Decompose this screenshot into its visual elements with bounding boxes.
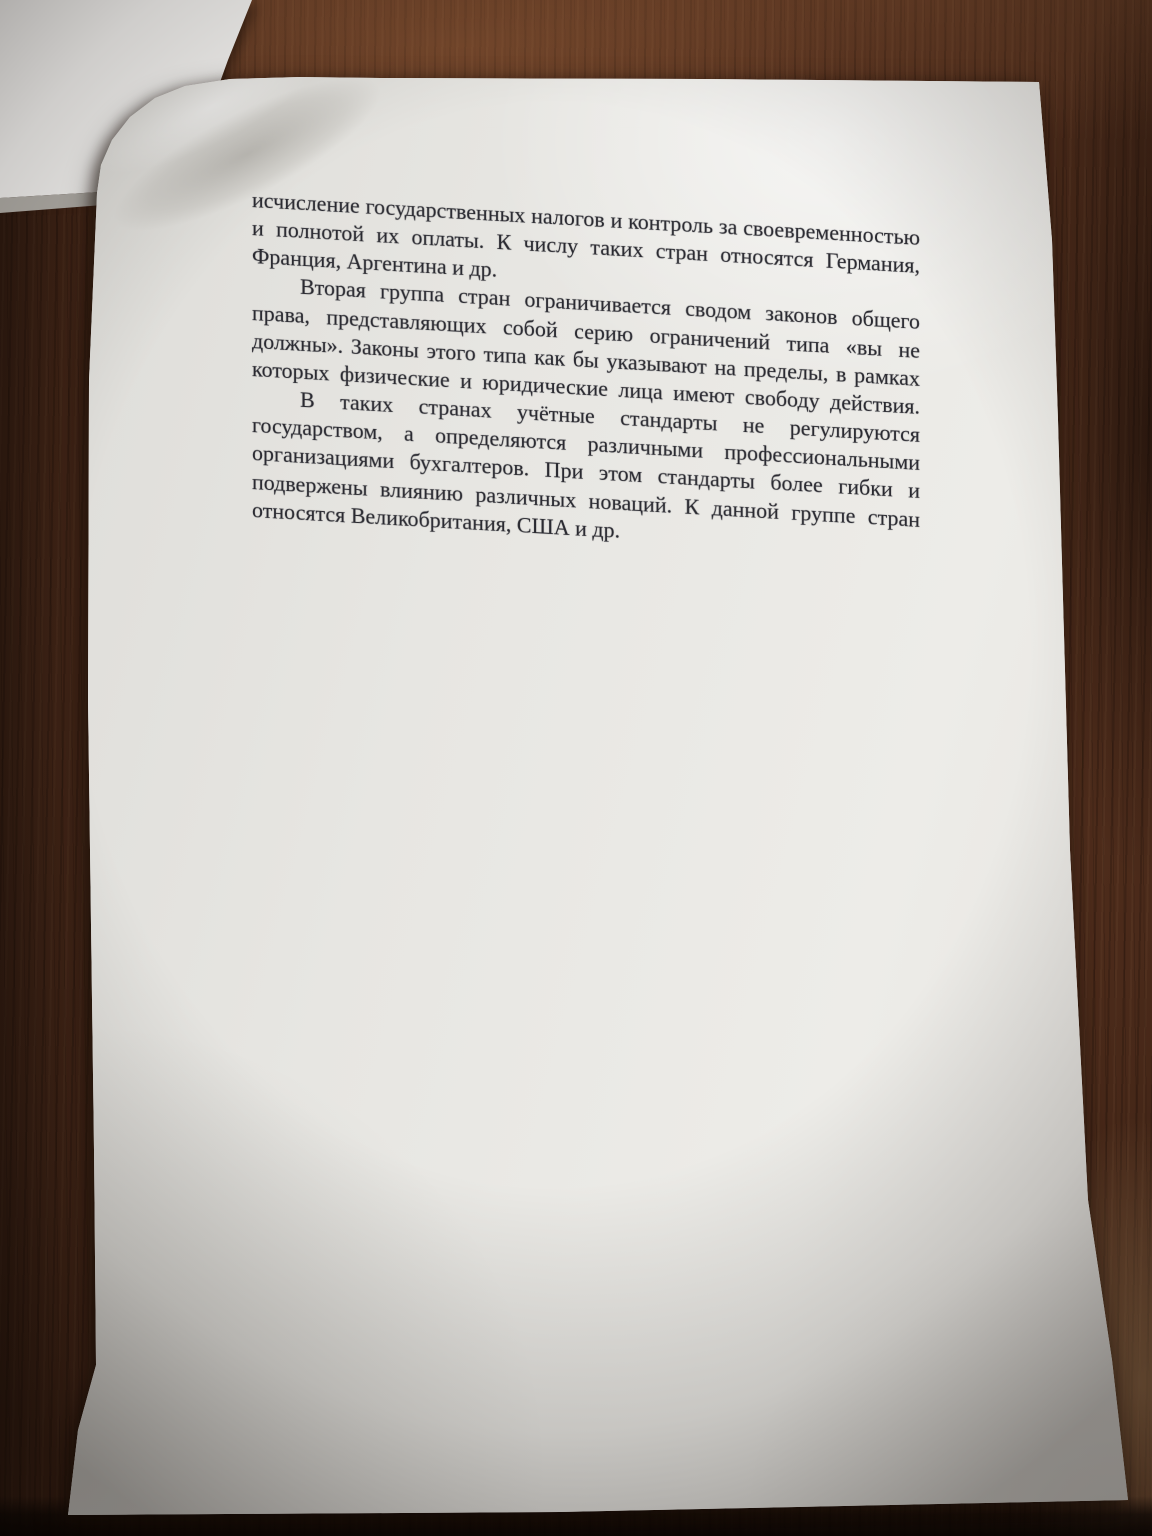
document-text: исчисление государственных налогов и кон… [252,186,920,562]
document-page-wrap: исчисление государственных налогов и кон… [0,0,1152,1536]
document-page: исчисление государственных налогов и кон… [0,0,1152,1536]
photo-scene: исчисление государственных налогов и кон… [0,0,1152,1536]
